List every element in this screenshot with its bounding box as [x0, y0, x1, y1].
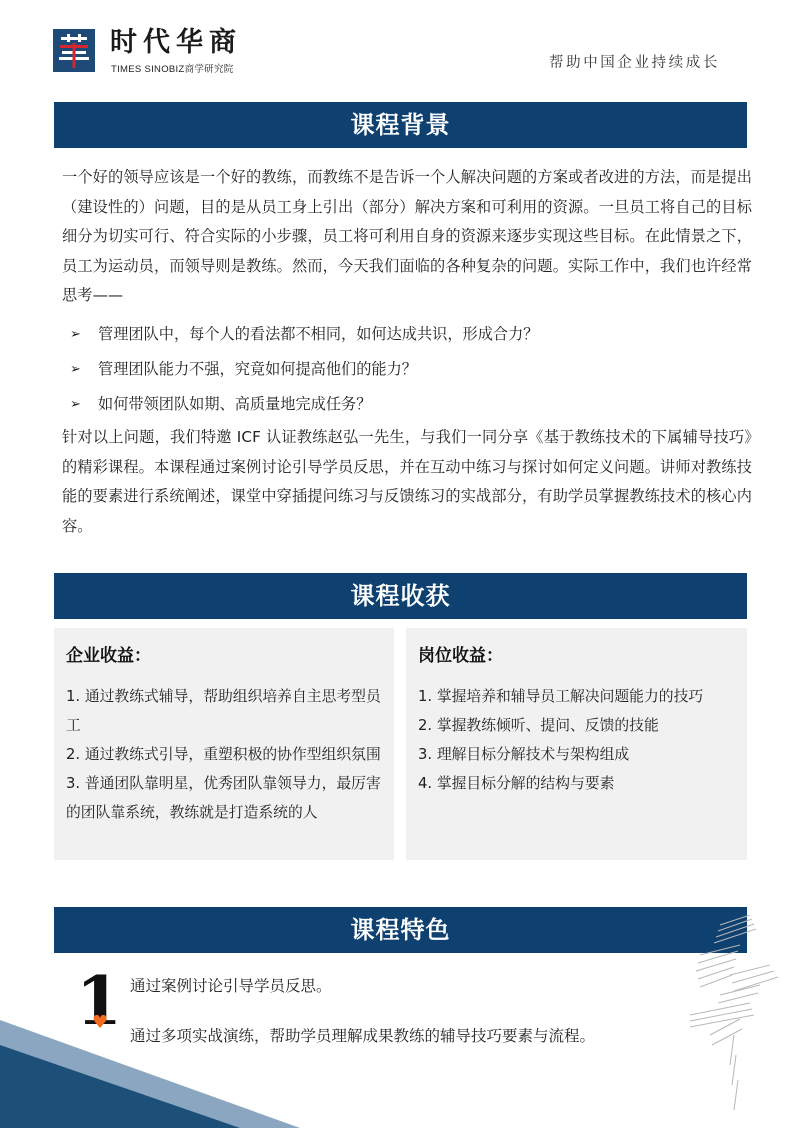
list-item-text: 如何带领团队如期、高质量地完成任务？: [98, 387, 371, 422]
background-outro: 针对以上问题，我们特邀 ICF 认证教练赵弘一先生，与我们一同分享《基于教练技术…: [62, 423, 752, 541]
list-item: 1. 掌握培养和辅导员工解决问题能力的技巧: [418, 682, 735, 711]
feature-item: 通过案例讨论引导学员反思。: [130, 976, 332, 996]
arrow-bullet-icon: ➢: [62, 352, 98, 387]
logo-name-cn: 时代华商: [110, 28, 242, 58]
list-item: ➢ 管理团队中，每个人的看法都不相同，如何达成共识，形成合力？: [62, 317, 742, 352]
logo-name-en: TIMES SINOBIZ商学研究院: [111, 61, 234, 75]
list-item: 3. 理解目标分解技术与架构组成: [418, 740, 735, 769]
section-title-gains: 课程收获: [54, 573, 747, 619]
logo-mark: [53, 29, 95, 72]
enterprise-gains-title: 企业收益：: [66, 644, 382, 682]
position-gains-title: 岗位收益：: [418, 644, 735, 682]
list-item: 4. 掌握目标分解的结构与要素: [418, 769, 735, 798]
hatched-hua-watermark-icon: [690, 915, 800, 1115]
diagonal-band-decoration: [0, 1010, 300, 1128]
list-item: 3. 普通团队靠明星，优秀团队靠领导力，最厉害的团队靠系统，教练就是打造系统的人: [66, 769, 382, 827]
enterprise-gains-panel: 企业收益： 1. 通过教练式辅导，帮助组织培养自主思考型员工 2. 通过教练式引…: [54, 628, 394, 860]
slogan: 帮助中国企业持续成长: [549, 51, 720, 72]
list-item: ➢ 如何带领团队如期、高质量地完成任务？: [62, 387, 742, 422]
arrow-bullet-icon: ➢: [62, 317, 98, 352]
background-intro: 一个好的领导应该是一个好的教练，而教练不是告诉一个人解决问题的方案或者改进的方法…: [62, 163, 752, 311]
position-gains-panel: 岗位收益： 1. 掌握培养和辅导员工解决问题能力的技巧 2. 掌握教练倾听、提问…: [406, 628, 747, 860]
list-item: 2. 通过教练式引导，重塑积极的协作型组织氛围: [66, 740, 382, 769]
list-item-text: 管理团队中，每个人的看法都不相同，如何达成共识，形成合力？: [98, 317, 538, 352]
section-title-background: 课程背景: [54, 102, 747, 148]
list-item: 1. 通过教练式辅导，帮助组织培养自主思考型员工: [66, 682, 382, 740]
background-question-list: ➢ 管理团队中，每个人的看法都不相同，如何达成共识，形成合力？ ➢ 管理团队能力…: [62, 317, 742, 422]
hua-logo-icon: [53, 29, 95, 72]
list-item: 2. 掌握教练倾听、提问、反馈的技能: [418, 711, 735, 740]
arrow-bullet-icon: ➢: [62, 387, 98, 422]
list-item-text: 管理团队能力不强，究竟如何提高他们的能力？: [98, 352, 417, 387]
list-item: ➢ 管理团队能力不强，究竟如何提高他们的能力？: [62, 352, 742, 387]
section-title-features: 课程特色: [54, 907, 747, 953]
